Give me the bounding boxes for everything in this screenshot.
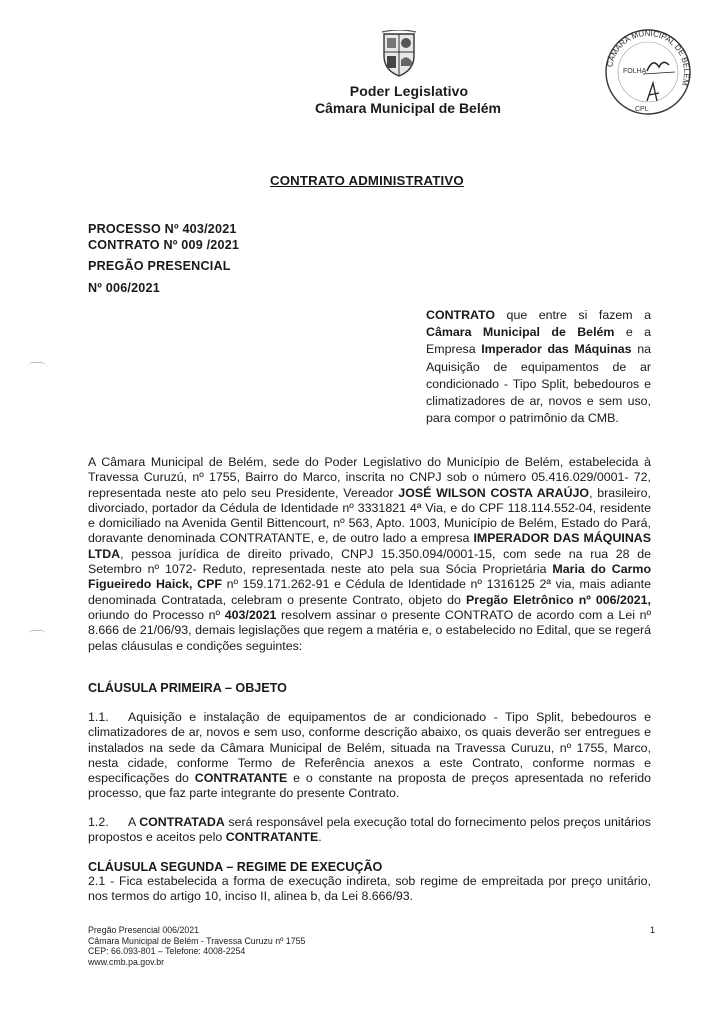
footer-line: Pregão Presencial 006/2021 <box>88 925 305 936</box>
clause-text: . <box>318 830 321 844</box>
clause-number: 1.2. <box>88 815 128 830</box>
clause-1-2-paragraph: 1.2.A CONTRATADA será responsável pela e… <box>88 815 651 846</box>
pregao-number: Nº 006/2021 <box>88 281 160 295</box>
intro-bold: JOSÉ WILSON COSTA ARAÚJO <box>398 486 589 500</box>
clause-2-1-paragraph: 2.1 - Fica estabelecida a forma de execu… <box>88 874 651 905</box>
summary-bold: Imperador das Máquinas <box>481 342 631 356</box>
clause-number: 1.1. <box>88 710 128 725</box>
svg-text:CPL: CPL <box>635 106 649 113</box>
summary-text: que entre si fazem a <box>495 308 651 322</box>
pregao-type: PREGÃO PRESENCIAL <box>88 259 231 273</box>
intro-paragraph: A Câmara Municipal de Belém, sede do Pod… <box>88 455 651 654</box>
folha-stamp-icon: CÂMARA MUNICIPAL DE BELÉM FOLHA CPL <box>603 27 693 117</box>
page-footer: Pregão Presencial 006/2021 Câmara Munici… <box>88 925 305 967</box>
clause-bold: CONTRATADA <box>139 815 225 829</box>
page-number: 1 <box>650 925 655 935</box>
svg-text:CÂMARA MUNICIPAL DE BELÉM: CÂMARA MUNICIPAL DE BELÉM <box>605 29 691 87</box>
contract-page: Poder Legislativo Câmara Municipal de Be… <box>0 0 724 1024</box>
footer-line: CEP: 66.093-801 – Telefone: 4008-2254 <box>88 946 305 957</box>
footer-line: Câmara Municipal de Belém - Travessa Cur… <box>88 936 305 947</box>
margin-mark <box>28 362 46 367</box>
clause-bold: CONTRATANTE <box>195 771 287 785</box>
contract-summary: CONTRATO que entre si fazem a Câmara Mun… <box>426 307 651 427</box>
clause-1-1-paragraph: 1.1.Aquisição e instalação de equipament… <box>88 710 651 802</box>
processo-number: PROCESSO Nº 403/2021 <box>88 222 237 236</box>
margin-mark <box>28 630 46 635</box>
summary-bold: CONTRATO <box>426 308 495 322</box>
municipal-coat-of-arms-icon <box>381 30 417 78</box>
clause-1-heading: CLÁUSULA PRIMEIRA – OBJETO <box>88 681 287 695</box>
clause-2-heading: CLÁUSULA SEGUNDA – REGIME DE EXECUÇÃO <box>88 860 382 874</box>
summary-bold: Câmara Municipal de Belém <box>426 325 614 339</box>
footer-website-link[interactable]: www.cmb.pa.gov.br <box>88 957 305 968</box>
clause-text: A <box>128 815 139 829</box>
intro-text: oriundo do Processo nº <box>88 608 225 622</box>
intro-bold: Pregão Eletrônico nº 006/2021, <box>466 593 651 607</box>
intro-bold: 403/2021 <box>225 608 277 622</box>
document-title: CONTRATO ADMINISTRATIVO <box>270 173 464 188</box>
contrato-number: CONTRATO Nº 009 /2021 <box>88 238 239 252</box>
clause-bold: CONTRATANTE <box>226 830 318 844</box>
